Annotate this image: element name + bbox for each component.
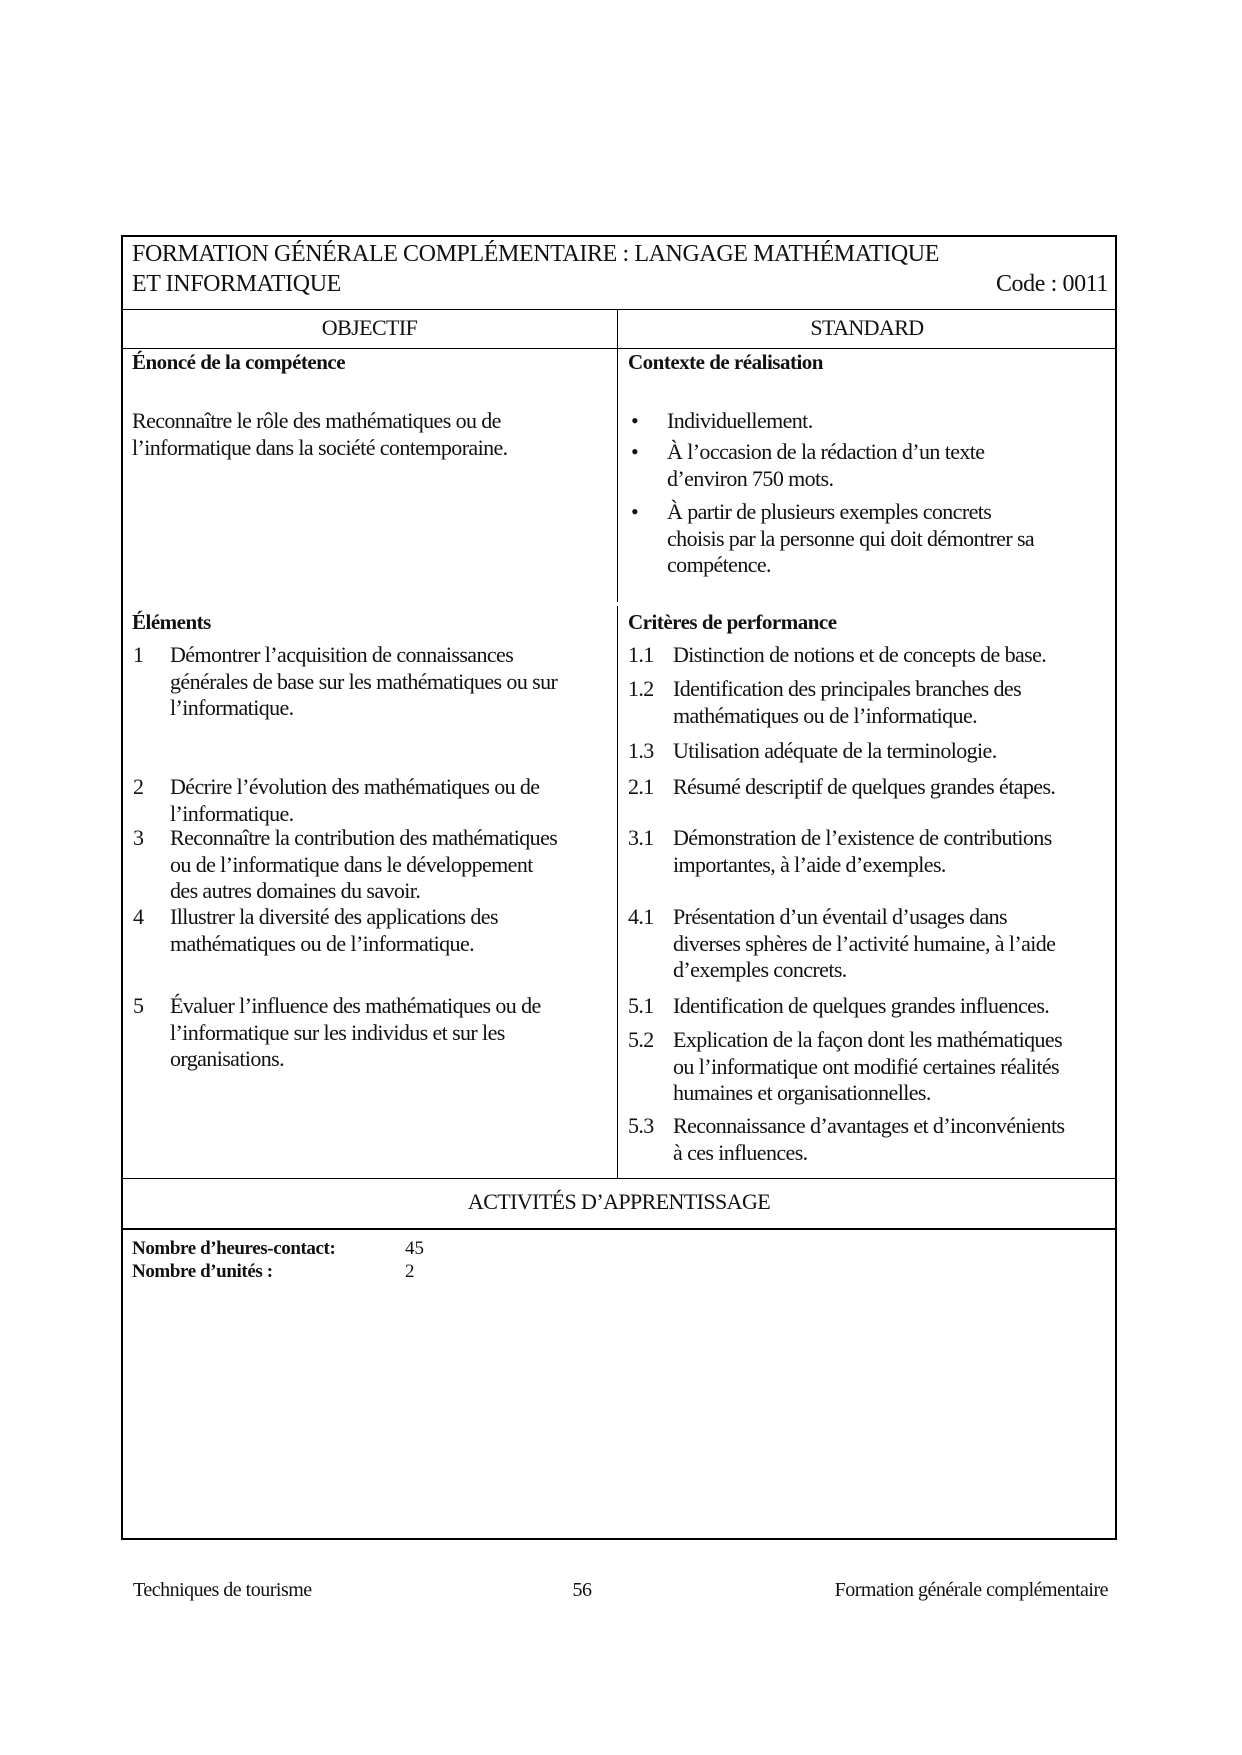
- competence-line: Reconnaître le rôle des mathématiques ou…: [132, 408, 501, 434]
- unites-label: Nombre d’unités :: [132, 1261, 273, 1283]
- activites-heading: ACTIVITÉS D’APPRENTISSAGE: [122, 1189, 1116, 1215]
- critere-number: 4.1: [628, 904, 654, 930]
- contexte-item: À partir de plusieurs exemples concrets: [667, 499, 991, 525]
- element-text: Décrire l’évolution des mathématiques ou…: [170, 774, 539, 800]
- critere-number: 5.1: [628, 993, 654, 1019]
- contexte-item: choisis par la personne qui doit démontr…: [667, 526, 1034, 552]
- page-number: 56: [572, 1579, 592, 1602]
- element-text: Évaluer l’influence des mathématiques ou…: [170, 993, 541, 1019]
- footer-program: Techniques de tourisme: [133, 1579, 312, 1602]
- course-code: Code : 0011: [996, 271, 1108, 298]
- course-title-line2: ET INFORMATIQUE: [132, 271, 341, 298]
- unites-value: 2: [405, 1261, 415, 1283]
- critere-number: 1.1: [628, 642, 654, 668]
- critere-text: diverses sphères de l’activité humaine, …: [673, 931, 1055, 957]
- elements-heading: Éléments: [132, 610, 211, 635]
- competence-heading: Énoncé de la compétence: [132, 350, 345, 375]
- critere-text: Explication de la façon dont les mathéma…: [673, 1027, 1062, 1053]
- critere-number: 5.3: [628, 1113, 654, 1139]
- critere-text: Présentation d’un éventail d’usages dans: [673, 904, 1007, 930]
- element-number: 1: [133, 642, 143, 668]
- column-divider: [617, 309, 618, 602]
- heures-contact-label: Nombre d’heures-contact:: [132, 1238, 335, 1260]
- critere-number: 1.2: [628, 676, 654, 702]
- element-text: Reconnaître la contribution des mathémat…: [170, 825, 557, 851]
- critere-text: d’exemples concrets.: [673, 957, 847, 983]
- element-number: 5: [133, 993, 143, 1019]
- element-text: Illustrer la diversité des applications …: [170, 904, 498, 930]
- element-text: l’informatique.: [170, 695, 294, 721]
- critere-text: Reconnaissance d’avantages et d’inconvén…: [673, 1113, 1064, 1139]
- contexte-item: compétence.: [667, 552, 771, 578]
- element-text: Démontrer l’acquisition de connaissances: [170, 642, 513, 668]
- critere-number: 3.1: [628, 825, 654, 851]
- critere-text: importantes, à l’aide d’exemples.: [673, 852, 946, 878]
- element-number: 2: [133, 774, 143, 800]
- critere-number: 5.2: [628, 1027, 654, 1053]
- critere-number: 1.3: [628, 738, 654, 764]
- critere-text: humaines et organisationnelles.: [673, 1080, 931, 1106]
- bullet-icon: •: [631, 408, 638, 434]
- divider: [122, 1178, 1116, 1179]
- critere-text: Identification de quelques grandes influ…: [673, 993, 1049, 1019]
- critere-text: ou l’informatique ont modifié certaines …: [673, 1054, 1059, 1080]
- element-text: ou de l’informatique dans le développeme…: [170, 852, 533, 878]
- criteres-heading: Critères de performance: [628, 610, 837, 635]
- divider: [122, 348, 1116, 349]
- contexte-heading: Contexte de réalisation: [628, 350, 823, 375]
- critere-text: Utilisation adéquate de la terminologie.: [673, 738, 997, 764]
- critere-text: mathématiques ou de l’informatique.: [673, 703, 977, 729]
- contexte-item: À l’occasion de la rédaction d’un texte: [667, 439, 984, 465]
- critere-text: Distinction de notions et de concepts de…: [673, 642, 1046, 668]
- divider: [122, 1228, 1116, 1230]
- competence-line: l’informatique dans la société contempor…: [132, 435, 508, 461]
- critere-text: Résumé descriptif de quelques grandes ét…: [673, 774, 1055, 800]
- critere-text: Démonstration de l’existence de contribu…: [673, 825, 1052, 851]
- contexte-item: Individuellement.: [667, 408, 813, 434]
- element-number: 3: [133, 825, 143, 851]
- element-text: générales de base sur les mathématiques …: [170, 669, 557, 695]
- element-text: mathématiques ou de l’informatique.: [170, 931, 474, 957]
- critere-text: à ces influences.: [673, 1140, 808, 1166]
- element-text: l’informatique.: [170, 801, 294, 827]
- element-text: l’informatique sur les individus et sur …: [170, 1020, 505, 1046]
- contexte-item: d’environ 750 mots.: [667, 466, 833, 492]
- bullet-icon: •: [631, 499, 638, 525]
- critere-text: Identification des principales branches …: [673, 676, 1021, 702]
- bullet-icon: •: [631, 439, 638, 465]
- column-divider: [617, 606, 618, 1178]
- column-header-standard: STANDARD: [618, 315, 1116, 341]
- course-title-line1: FORMATION GÉNÉRALE COMPLÉMENTAIRE : LANG…: [132, 241, 939, 268]
- heures-contact-value: 45: [405, 1238, 424, 1260]
- footer-section: Formation générale complémentaire: [835, 1579, 1108, 1602]
- divider: [122, 309, 1116, 310]
- element-text: organisations.: [170, 1046, 284, 1072]
- element-text: des autres domaines du savoir.: [170, 878, 420, 904]
- element-number: 4: [133, 904, 143, 930]
- critere-number: 2.1: [628, 774, 654, 800]
- column-header-objectif: OBJECTIF: [122, 315, 617, 341]
